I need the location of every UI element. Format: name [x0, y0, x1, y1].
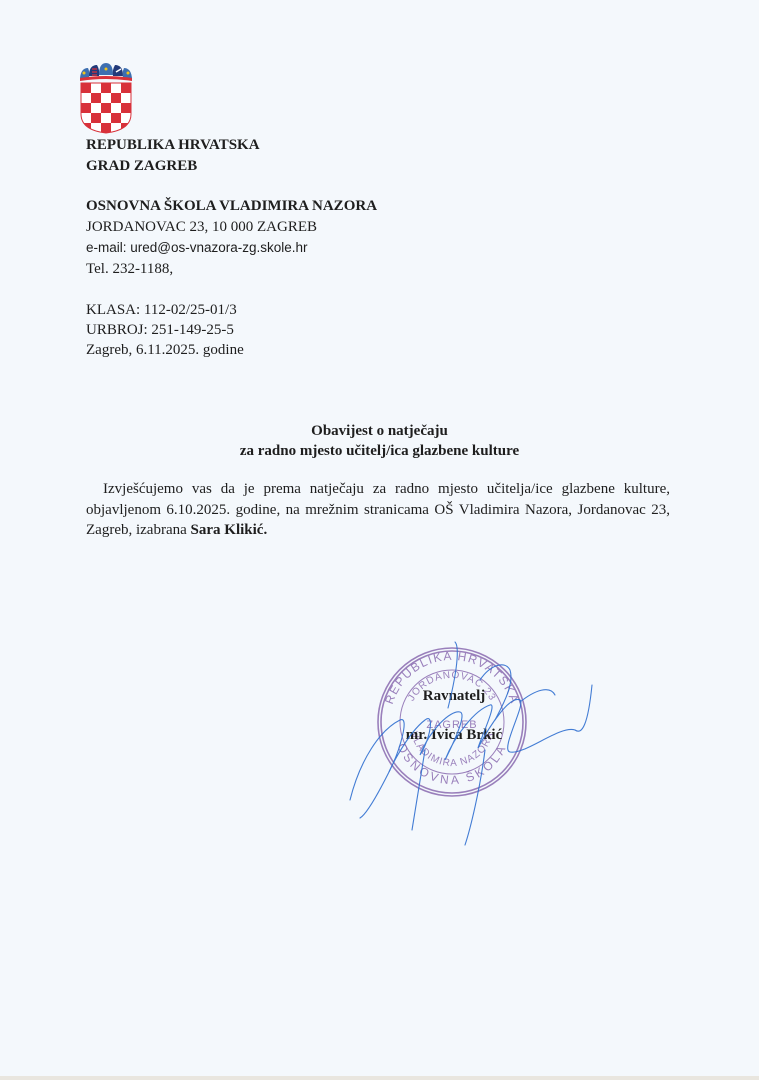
croatian-coat-of-arms-icon: [78, 62, 134, 134]
notice-body: Izvješćujemo vas da je prema natječaju z…: [86, 479, 670, 541]
school-address: JORDANOVAC 23, 10 000 ZAGREB: [86, 217, 317, 237]
document-page: REPUBLIKA HRVATSKA GRAD ZAGREB OSNOVNA Š…: [0, 0, 759, 1080]
country-heading: REPUBLIKA HRVATSKA: [86, 135, 260, 155]
notice-body-text: Izvješćujemo vas da je prema natječaju z…: [86, 481, 670, 538]
school-email: e-mail: ured@os-vnazora-zg.skole.hr: [86, 238, 308, 258]
city-heading: GRAD ZAGREB: [86, 156, 197, 176]
school-phone: Tel. 232-1188,: [86, 259, 173, 279]
klasa-reference: KLASA: 112-02/25-01/3: [86, 300, 237, 320]
school-name: OSNOVNA ŠKOLA VLADIMIRA NAZORA: [86, 196, 377, 216]
urbroj-reference: URBROJ: 251-149-25-5: [86, 320, 234, 340]
selected-candidate-name: Sara Klikić.: [191, 522, 268, 538]
notice-subtitle: za radno mjesto učitelj/ica glazbene kul…: [0, 441, 759, 461]
place-date: Zagreb, 6.11.2025. godine: [86, 340, 244, 360]
scan-edge: [0, 1076, 759, 1080]
handwritten-signature: [330, 640, 610, 850]
notice-title: Obavijest o natječaju: [0, 421, 759, 441]
